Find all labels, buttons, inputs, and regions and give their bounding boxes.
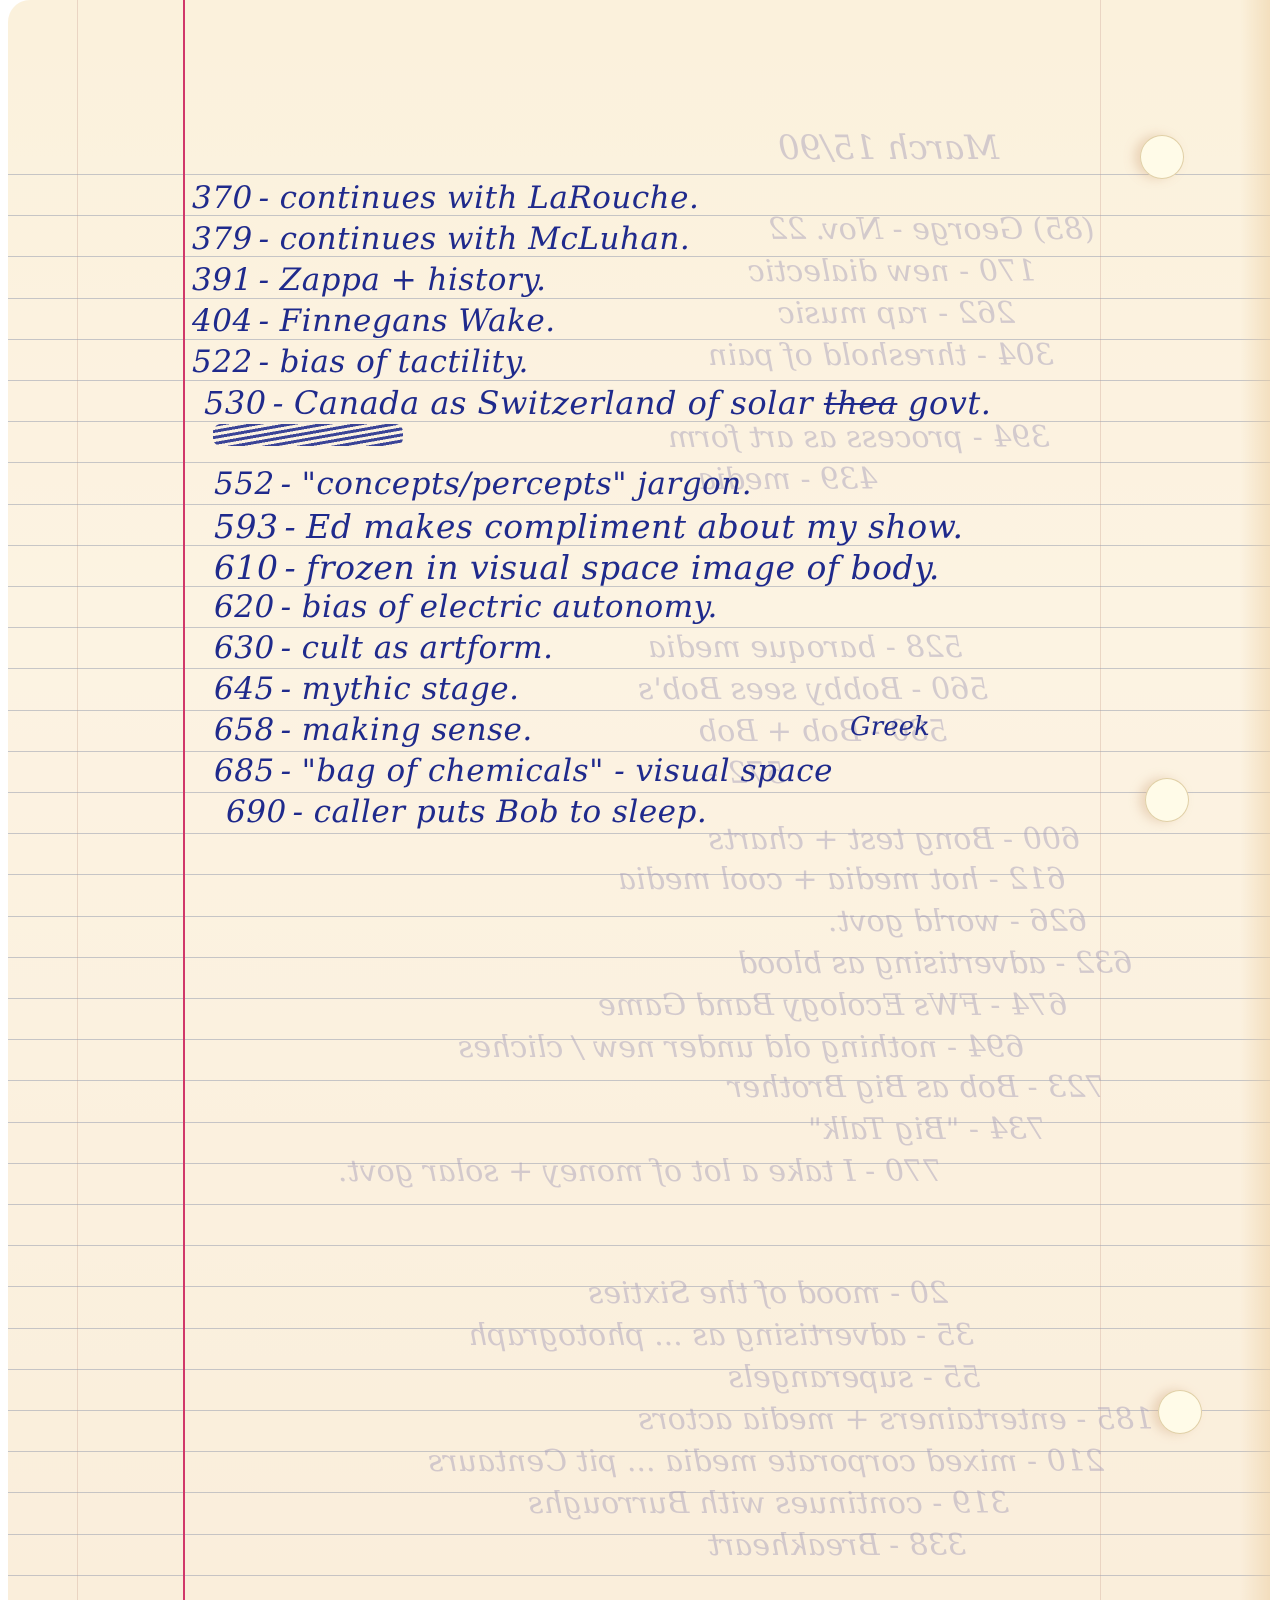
ruled-line — [8, 339, 1270, 340]
entry-text: govt. — [908, 384, 991, 422]
bleed-through-text: 304 - threshold of pain — [708, 338, 1054, 373]
entry-text: bias of tactility. — [280, 344, 529, 380]
log-entry: 658-making sense. — [214, 712, 533, 748]
crossed-out-line — [213, 424, 403, 446]
log-entry: 620-bias of electric autonomy. — [214, 589, 718, 625]
entry-text: Canada as Switzerland of solar — [294, 384, 813, 422]
entry-number: 552 — [214, 466, 275, 502]
ruled-line — [8, 462, 1270, 463]
hole-punch-middle — [1145, 778, 1189, 822]
log-entry: 391-Zappa + history. — [192, 262, 547, 298]
entry-text: "concepts/percepts" jargon. — [302, 466, 752, 502]
ruled-line — [8, 833, 1270, 834]
entry-number: 379 — [192, 221, 253, 257]
bleed-through-text: 600 - Bong test + charts — [708, 822, 1080, 857]
bleed-through-text: 20 - mood of the Sixties — [588, 1276, 948, 1311]
ruled-line — [8, 627, 1270, 628]
entry-number: 391 — [192, 262, 253, 298]
bleed-through-text: 560 - Bobby sees Bob's — [638, 672, 988, 707]
bleed-through-text: 694 - nothing old under new / cliches — [458, 1030, 1024, 1065]
entry-text: "bag of chemicals" - visual space — [302, 753, 833, 789]
bleed-through-text: 674 - FWs Ecology Band Game — [598, 988, 1067, 1023]
bleed-through-text: 723 - Bob as Big Brother — [728, 1070, 1104, 1105]
bleed-through-text: 338 - Breakheart — [708, 1528, 966, 1563]
entry-number: 593 — [214, 507, 279, 546]
hole-punch-top — [1140, 135, 1184, 179]
log-entry: 522-bias of tactility. — [192, 344, 529, 380]
entry-text: making sense. — [302, 712, 533, 748]
ruled-line — [8, 504, 1270, 505]
bleed-through-text: 35 - advertising as ... photograph — [468, 1318, 974, 1353]
log-entry: 593-Ed makes compliment about my show. — [214, 507, 963, 546]
ruled-line — [8, 1575, 1270, 1576]
log-entry: 530-Canada as Switzerland of solar thea … — [204, 384, 991, 422]
bleed-through-text: 632 - advertising as blood — [738, 946, 1132, 981]
inserted-word: Greek — [850, 712, 930, 742]
bleed-through-text: 770 - I take a lot of money + solar govt… — [338, 1154, 942, 1189]
ruled-line — [8, 174, 1270, 175]
bleed-through-text: 185 - entertainers + media actors — [638, 1402, 1153, 1437]
log-entry: 630-cult as artform. — [214, 630, 553, 666]
entry-text: frozen in visual space image of body. — [306, 548, 940, 587]
hole-punch-bottom — [1158, 1390, 1202, 1434]
bleed-through-text: 626 - world govt. — [828, 904, 1087, 939]
ruled-line — [8, 1245, 1270, 1246]
entry-number: 522 — [192, 344, 253, 380]
entry-number: 630 — [214, 630, 275, 666]
ruled-line — [8, 298, 1270, 299]
entry-number: 370 — [192, 180, 253, 216]
bleed-through-text: March 15/90 — [778, 128, 999, 168]
log-entry: 370-continues with LaRouche. — [192, 180, 699, 216]
entry-text: Zappa + history. — [280, 262, 547, 298]
ruled-line — [8, 1534, 1270, 1535]
log-entry: 379-continues with McLuhan. — [192, 221, 690, 257]
bleed-through-text: 210 - mixed corporate media ... pit Cent… — [428, 1444, 1104, 1479]
entry-text: continues with McLuhan. — [280, 221, 691, 257]
ruled-line — [8, 1122, 1270, 1123]
ruled-line — [8, 380, 1270, 381]
notebook-page: March 15/90 (85) George - Nov. 22 170 - … — [8, 0, 1270, 1600]
entry-number: 404 — [192, 303, 253, 339]
ruled-line — [8, 792, 1270, 793]
entry-text: caller puts Bob to sleep. — [314, 794, 708, 830]
entry-text: bias of electric autonomy. — [302, 589, 718, 625]
entry-number: 658 — [214, 712, 275, 748]
ruled-line — [8, 1369, 1270, 1370]
entry-number: 685 — [214, 753, 275, 789]
bleed-through-text: 612 - hot media + cool media — [618, 862, 1065, 897]
log-entry: 690-caller puts Bob to sleep. — [226, 794, 707, 830]
ruled-line — [8, 668, 1270, 669]
log-entry: 685-"bag of chemicals" - visual space — [214, 753, 833, 789]
entry-number: 620 — [214, 589, 275, 625]
log-entry: 404-Finnegans Wake. — [192, 303, 556, 339]
entry-text: cult as artform. — [302, 630, 554, 666]
faint-vertical-rule-left — [77, 0, 78, 1600]
struck-word: thea — [824, 384, 897, 422]
ruled-line — [8, 710, 1270, 711]
entry-number: 610 — [214, 548, 279, 587]
entry-number: 690 — [226, 794, 287, 830]
entry-text: Ed makes compliment about my show. — [306, 507, 963, 546]
bleed-through-text: 262 - rap music — [778, 296, 1015, 331]
bleed-through-text: 394 - process as art form — [668, 420, 1050, 455]
entry-text: continues with LaRouche. — [280, 180, 700, 216]
entry-number: 645 — [214, 671, 275, 707]
faint-vertical-rule-right — [1100, 0, 1101, 1600]
log-entry: 645-mythic stage. — [214, 671, 520, 707]
ruled-line — [8, 1204, 1270, 1205]
margin-line — [183, 0, 185, 1600]
entry-text: Finnegans Wake. — [280, 303, 556, 339]
entry-number: 530 — [204, 384, 267, 422]
bleed-through-text: 528 - baroque media — [648, 630, 963, 665]
ruled-line — [8, 751, 1270, 752]
bleed-through-text: 170 - new dialectic — [748, 254, 1036, 289]
bleed-through-text: 734 - "Big Talk" — [808, 1112, 1046, 1147]
bleed-through-text: (85) George - Nov. 22 — [768, 212, 1094, 247]
entry-text: mythic stage. — [302, 671, 520, 707]
log-entry: 610-frozen in visual space image of body… — [214, 548, 940, 587]
bleed-through-text: 319 - continues with Burroughs — [528, 1486, 1009, 1521]
bleed-through-text: 55 - superangels — [728, 1360, 981, 1395]
log-entry: 552-"concepts/percepts" jargon. — [214, 466, 752, 502]
